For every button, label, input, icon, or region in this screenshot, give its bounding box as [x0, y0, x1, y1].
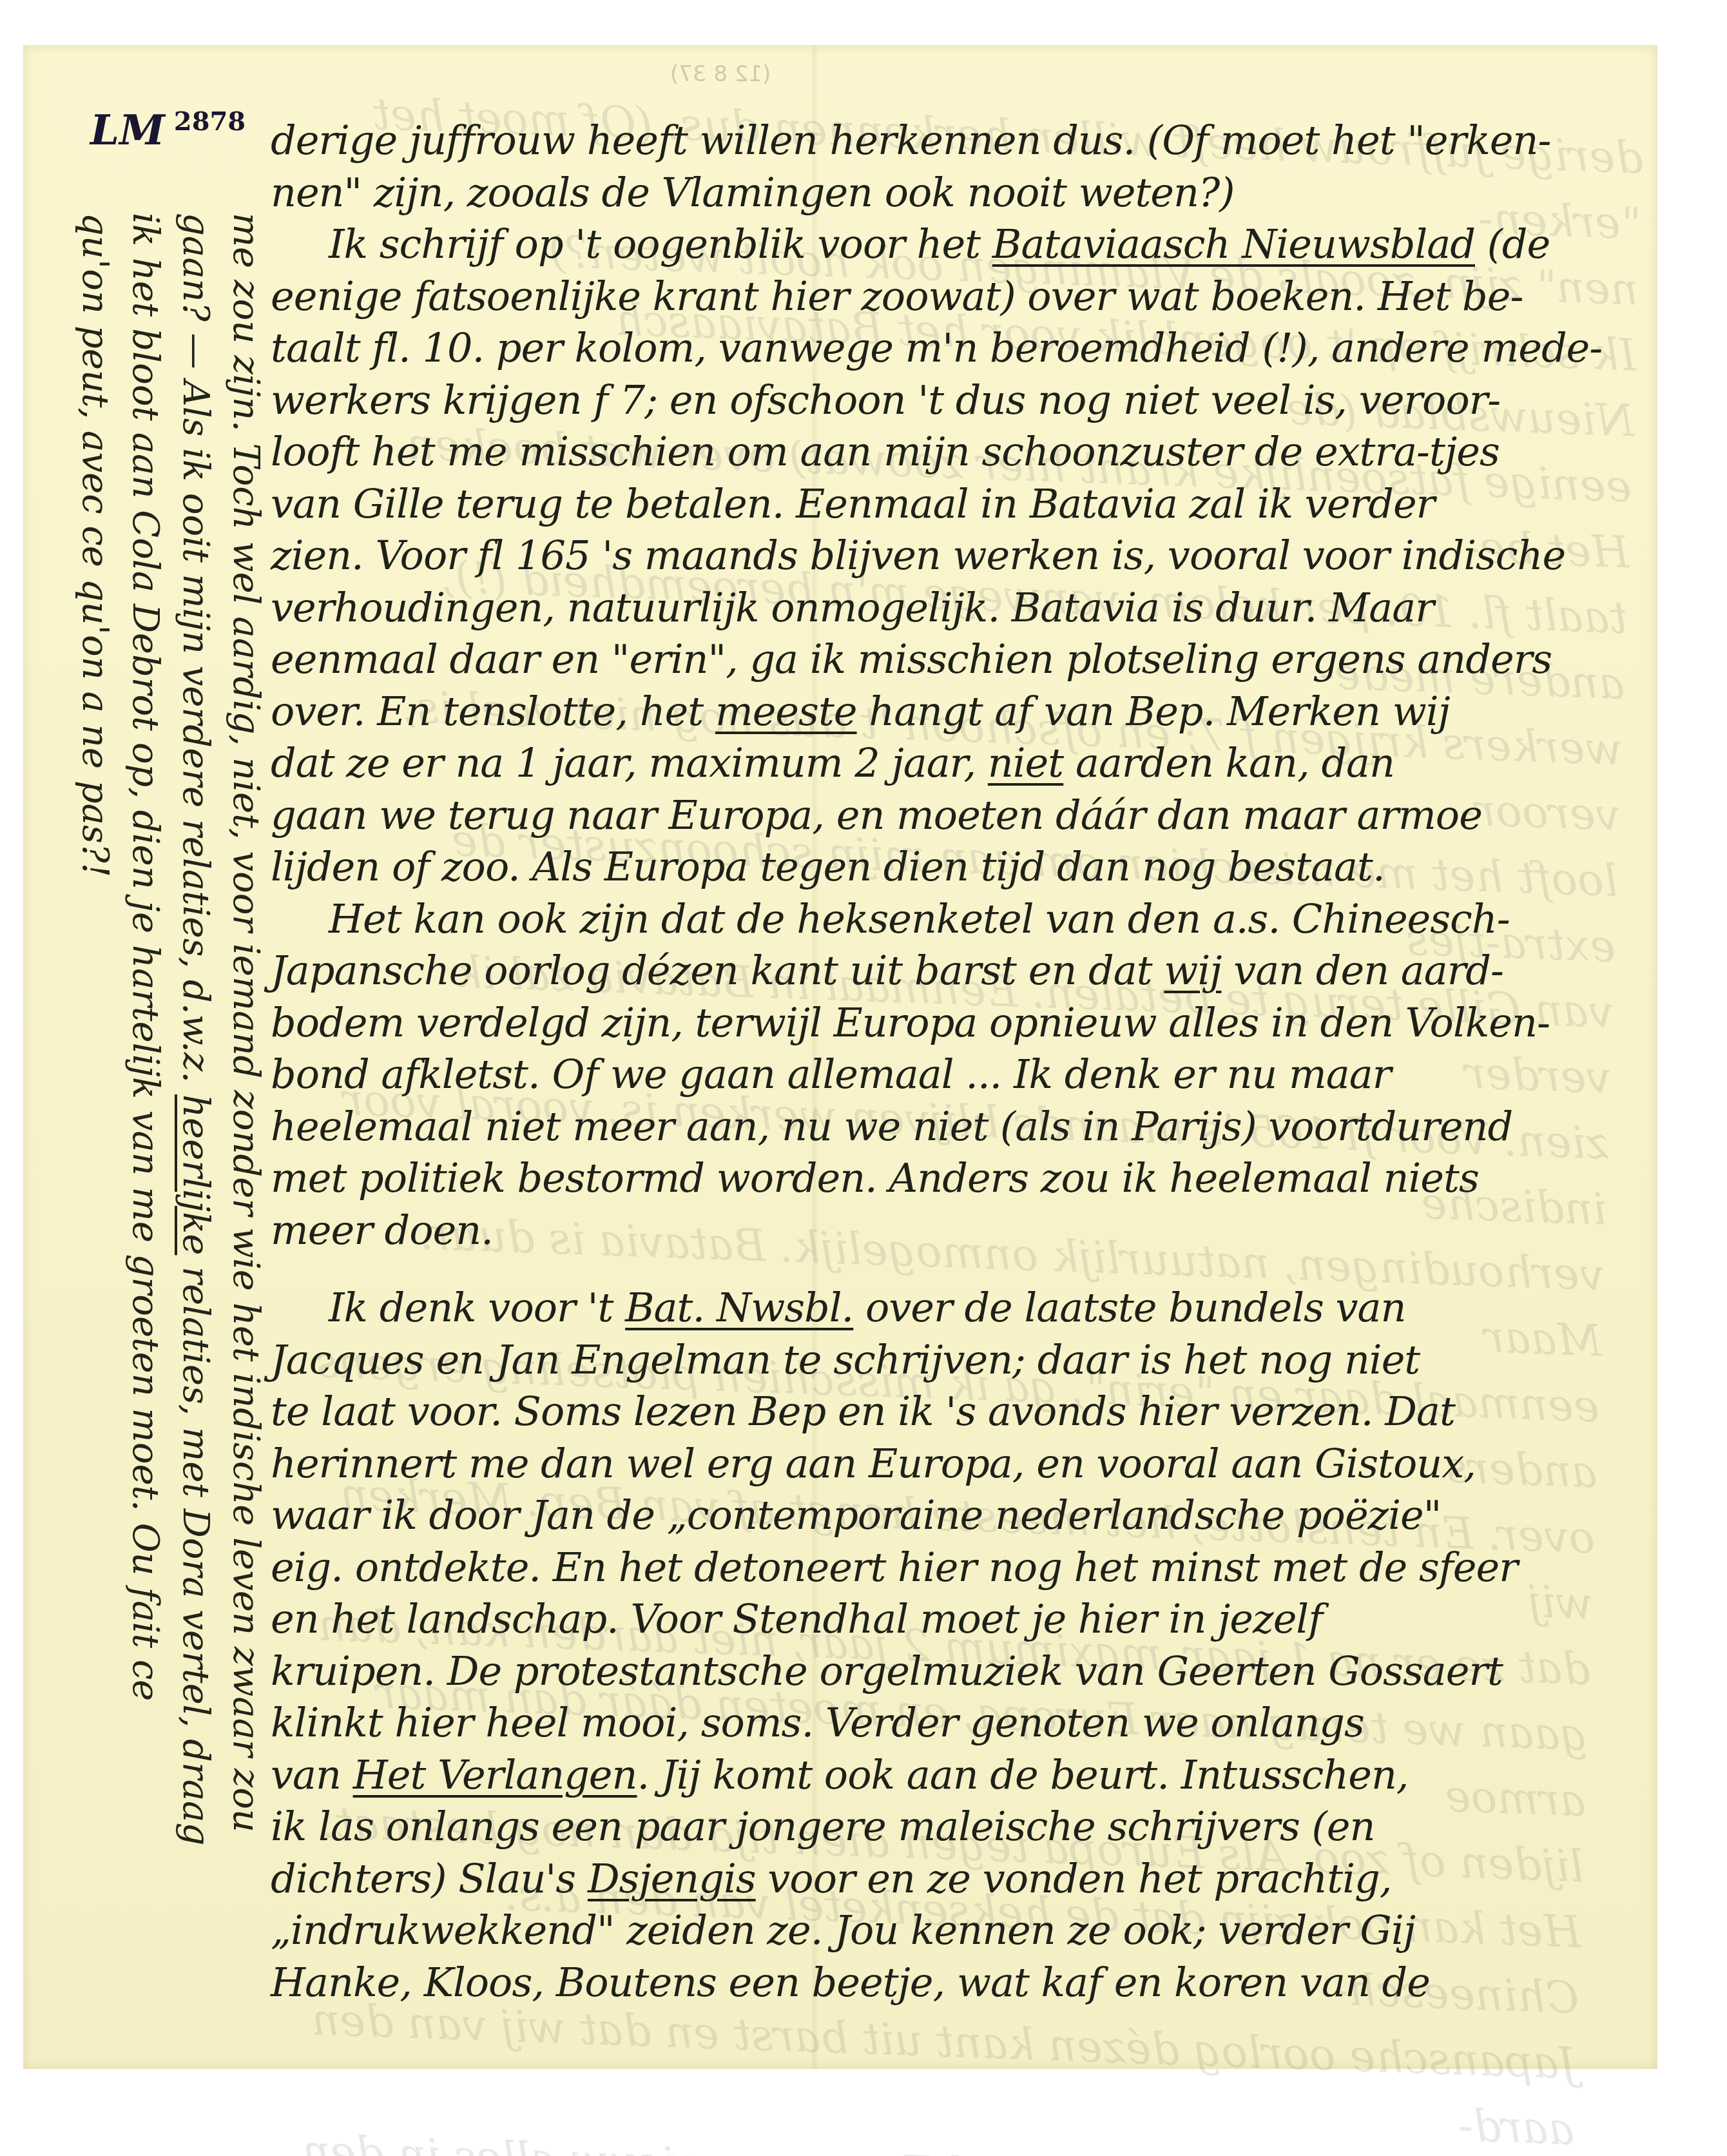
body-line: Ik denk voor 't Bat. Nwsbl. over de laat…	[271, 1282, 1637, 1334]
underlined-title: heerlijke	[175, 1094, 217, 1255]
body-line: met politiek bestormd worden. Anders zou…	[271, 1152, 1637, 1205]
line-text: Japansche oorlog dézen kant uit barst en…	[271, 947, 1164, 994]
stamp-number: 2878	[174, 106, 246, 137]
underlined-title: Bataviaasch Nieuwsblad	[992, 220, 1475, 267]
line-text: over de laatste bundels van	[853, 1284, 1405, 1331]
line-text: voor en ze vonden het prachtig,	[756, 1855, 1392, 1902]
line-text: dat ze er na 1 jaar, maximum 2 jaar,	[271, 739, 988, 786]
line-text: relaties, met Dora vertel, draag	[175, 1255, 217, 1845]
line-text: (de	[1475, 220, 1550, 267]
body-line: eig. ontdekte. En het detoneert hier nog…	[271, 1542, 1637, 1594]
margin-line: qu'on peut, avec ce qu'on a ne pas?!	[70, 213, 120, 1845]
body-line: verhoudingen, natuurlijk onmogelijk. Bat…	[271, 582, 1637, 634]
body-line: van Gille terug te betalen. Eenmaal in B…	[271, 478, 1637, 530]
line-text: Ik schrijf op 't oogenblik voor het	[329, 220, 992, 267]
body-line: Jacques en Jan Engelman te schrijven; da…	[271, 1334, 1637, 1386]
archive-stamp: LM2878	[90, 106, 246, 155]
line-text: . Jij komt ook aan de beurt. Intusschen,	[637, 1751, 1408, 1798]
body-line: Ik schrijf op 't oogenblik voor het Bata…	[271, 219, 1637, 271]
body-line: kruipen. De protestantsche orgelmuziek v…	[271, 1646, 1637, 1698]
letter-body: derige juffrouw heeft willen herkennen d…	[271, 115, 1637, 2008]
line-text: over. En tenslotte, het	[271, 688, 715, 735]
body-line: taalt fl. 10. per kolom, vanwege m'n ber…	[271, 322, 1637, 374]
body-line: zien. Voor fl 165 's maands blijven werk…	[271, 530, 1637, 582]
body-line: nen" zijn, zooals de Vlamingen ook nooit…	[271, 167, 1637, 219]
body-line: Het kan ook zijn dat de heksenketel van …	[271, 893, 1637, 946]
body-line: ik las onlangs een paar jongere maleisch…	[271, 1801, 1637, 1853]
underlined-title: Dsjengis	[588, 1855, 756, 1902]
body-line: gaan we terug naar Europa, en moeten dáá…	[271, 790, 1637, 842]
body-line: klinkt hier heel mooi, soms. Verder geno…	[271, 1697, 1637, 1749]
underlined-title: wij	[1164, 947, 1221, 994]
body-line: „indrukwekkend" zeiden ze. Jou kennen ze…	[271, 1905, 1637, 1957]
body-line: te laat voor. Soms lezen Bep en ik 's av…	[271, 1386, 1637, 1438]
body-line: Hanke, Kloos, Boutens een beetje, wat ka…	[271, 1957, 1637, 2009]
body-line: meer doen.	[271, 1205, 1637, 1257]
body-line: lijden of zoo. Als Europa tegen dien tij…	[271, 841, 1637, 893]
body-line: herinnert me dan wel erg aan Europa, en …	[271, 1438, 1637, 1490]
body-line: looft het me misschien om aan mijn schoo…	[271, 426, 1637, 478]
body-line: bodem verdelgd zijn, terwijl Europa opni…	[271, 997, 1637, 1049]
underlined-title: niet	[988, 739, 1063, 786]
line-text: dichters) Slau's	[271, 1855, 588, 1902]
body-line: derige juffrouw heeft willen herkennen d…	[271, 115, 1637, 167]
body-line: Japansche oorlog dézen kant uit barst en…	[271, 945, 1637, 997]
margin-line: me zou zijn. Toch wel aardig, niet, voor…	[220, 213, 271, 1845]
body-line: eenige fatsoenlijke krant hier zoowat) o…	[271, 271, 1637, 323]
body-line: over. En tenslotte, het meeste hangt af …	[271, 686, 1637, 738]
body-line: waar ik door Jan de „contemporaine neder…	[271, 1490, 1637, 1542]
line-text: van den aard-	[1221, 947, 1503, 994]
line-text: hangt af van Bep. Merken wij	[857, 688, 1450, 735]
line-text: aarden kan, dan	[1063, 739, 1394, 786]
line-text: gaan? — Als ik ooit mijn verdere relatie…	[175, 213, 217, 1094]
body-line: eenmaal daar en "erin", ga ik misschien …	[271, 634, 1637, 686]
body-line: dichters) Slau's Dsjengis voor en ze von…	[271, 1853, 1637, 1905]
body-line: werkers krijgen f 7; en ofschoon 't dus …	[271, 374, 1637, 427]
line-text: Ik denk voor 't	[329, 1284, 625, 1331]
body-line: van Het Verlangen. Jij komt ook aan de b…	[271, 1749, 1637, 1802]
margin-note-vertical: me zou zijn. Toch wel aardig, niet, voor…	[70, 213, 271, 1845]
body-line: heelemaal niet meer aan, nu we niet (als…	[271, 1101, 1637, 1153]
body-line: en het landschap. Voor Stendhal moet je …	[271, 1593, 1637, 1646]
body-line: dat ze er na 1 jaar, maximum 2 jaar, nie…	[271, 737, 1637, 790]
pencil-date-note: (12 8 37)	[670, 61, 771, 87]
margin-line: ik het bloot aan Cola Debrot op, dien je…	[120, 213, 170, 1845]
underlined-title: Het Verlangen	[353, 1751, 637, 1798]
line-text: van	[271, 1751, 353, 1798]
underlined-title: Bat. Nwsbl.	[625, 1284, 853, 1331]
stamp-monogram: LM	[90, 106, 165, 155]
underlined-title: meeste	[715, 688, 857, 735]
margin-line: gaan? — Als ik ooit mijn verdere relatie…	[170, 213, 220, 1845]
body-line: bond afkletst. Of we gaan allemaal ... I…	[271, 1049, 1637, 1101]
